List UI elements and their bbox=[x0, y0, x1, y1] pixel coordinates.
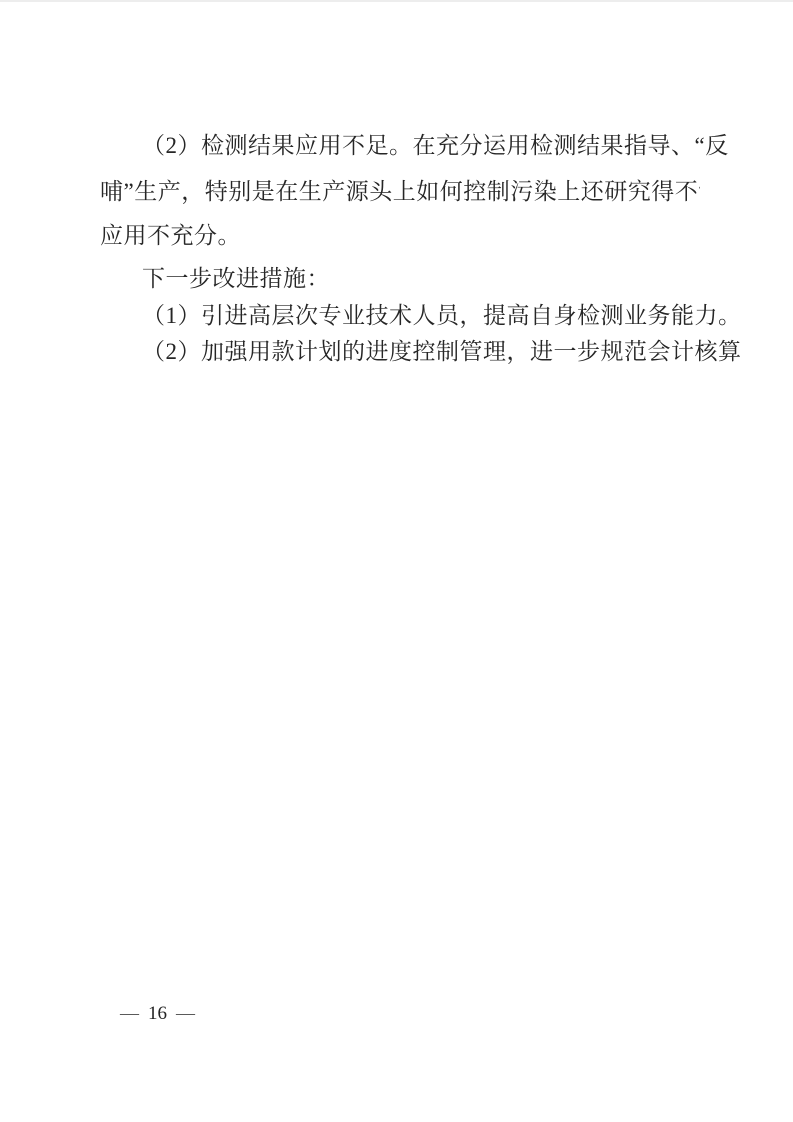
document-page: （2）检测结果应用不足。在充分运用检测结果指导、“反 哺”生产，特别是在生产源头… bbox=[0, 0, 793, 1122]
footer-right-dash: — bbox=[176, 1003, 195, 1025]
paragraph-line: 应用不充分。 bbox=[100, 221, 700, 251]
paragraph-line: （2）检测结果应用不足。在充分运用检测结果指导、“反 bbox=[100, 131, 742, 161]
footer-left-dash: — bbox=[120, 1003, 139, 1025]
paragraph-line: （2）加强用款计划的进度控制管理，进一步规范会计核算。 bbox=[100, 337, 742, 367]
paragraph-line: （1）引进高层次专业技术人员，提高自身检测业务能力。 bbox=[100, 301, 742, 331]
page-number: 16 bbox=[148, 1003, 167, 1025]
paragraph-line: 下一步改进措施： bbox=[100, 264, 742, 294]
page-footer: — 16 — bbox=[120, 1003, 195, 1025]
scan-edge-artifact bbox=[0, 0, 793, 2]
paragraph-line: 哺”生产，特别是在生产源头上如何控制污染上还研究得不够， bbox=[100, 177, 700, 207]
